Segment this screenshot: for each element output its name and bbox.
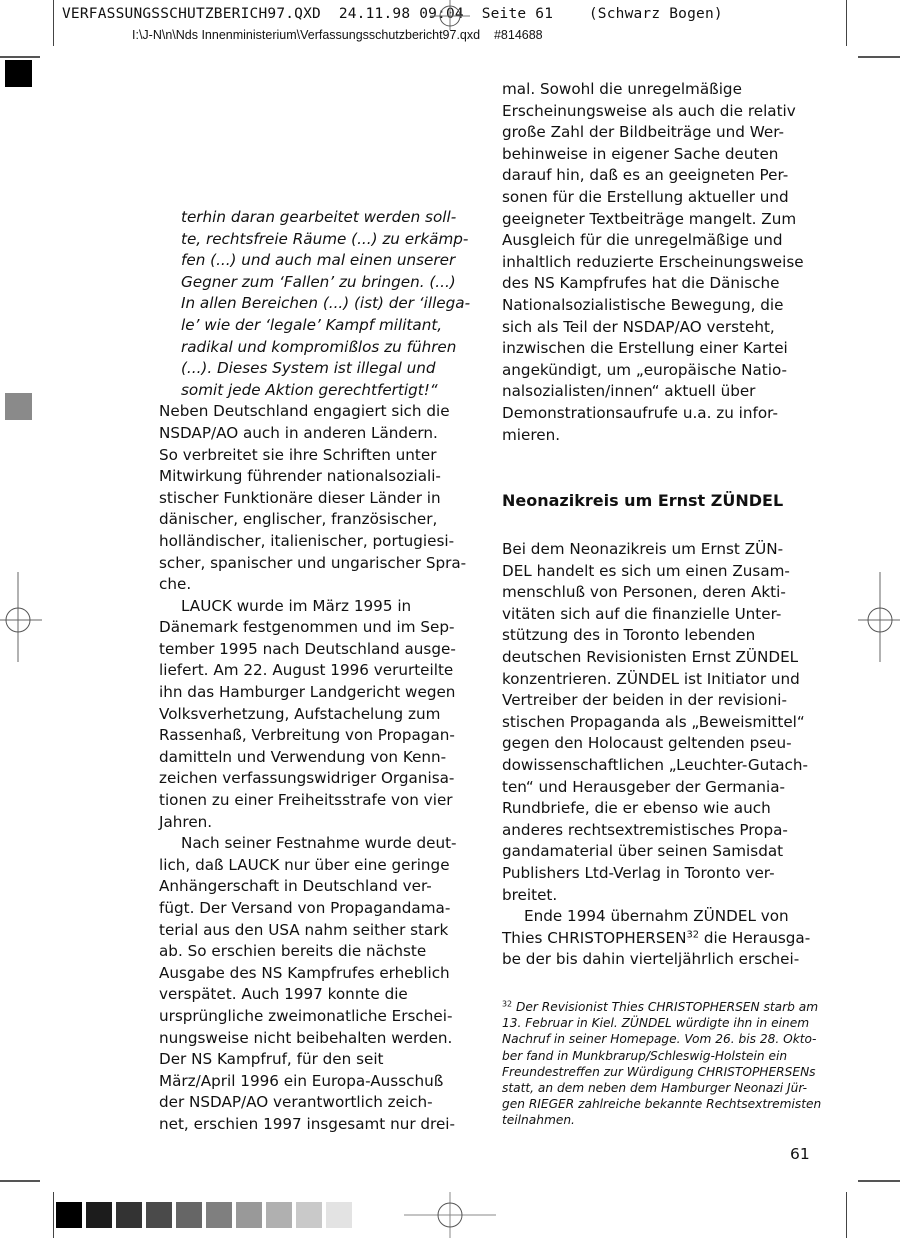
quote-line: le’ wie der ‘legale’ Kampf militant, xyxy=(181,315,469,337)
crop-mark-bottom-right-vertical xyxy=(846,1192,847,1238)
text-line: Rundbriefe, die er ebenso wie auch xyxy=(502,798,812,820)
text-fragment: die Herausga- xyxy=(699,929,810,947)
text-line: Mitwirkung führender nationalsoziali- xyxy=(159,466,469,488)
text-line: Anhängerschaft in Deutschland ver- xyxy=(159,876,469,898)
text-line: dänischer, englischer, französischer, xyxy=(159,509,469,531)
text-line: mal. Sowohl die unregelmäßige xyxy=(502,79,812,101)
swatch-9 xyxy=(326,1202,352,1228)
right-column: mal. Sowohl die unregelmäßige Erscheinun… xyxy=(502,79,812,971)
slug-path-line: I:\J-N\n\Nds Innenministerium\Verfassung… xyxy=(132,28,543,42)
text-line: Der NS Kampfruf, für den seit xyxy=(159,1049,469,1071)
text-line: So verbreitet sie ihre Schriften unter xyxy=(159,445,469,467)
text-line: menschluß von Personen, deren Akti- xyxy=(502,582,812,604)
text-line: terial aus den USA nahm seither stark xyxy=(159,920,469,942)
text-line: Nationalsozialistische Bewegung, die xyxy=(502,295,812,317)
text-line: darauf hin, daß es an geeigneten Per- xyxy=(502,165,812,187)
text-line: der NSDAP/AO verantwortlich zeich- xyxy=(159,1092,469,1114)
quote-line: terhin daran gearbeitet werden soll- xyxy=(181,207,469,229)
text-line: ab. So erschien bereits die nächste xyxy=(159,941,469,963)
text-line: Neben Deutschland engagiert sich die xyxy=(159,401,469,423)
text-line: Dänemark festgenommen und im Sep- xyxy=(159,617,469,639)
footnote-line: 13. Februar in Kiel. ZÜNDEL würdigte ihn… xyxy=(502,1015,812,1031)
text-line: geeigneter Textbeiträge mangelt. Zum xyxy=(502,209,812,231)
crop-mark-top-right-vertical xyxy=(846,0,847,46)
text-fragment: Der Revisionist Thies CHRISTOPHERSEN sta… xyxy=(512,1000,818,1014)
text-line: dowissenschaftlichen „Leuchter-Gutach- xyxy=(502,755,812,777)
text-line: breitet. xyxy=(502,885,812,907)
text-line: stischer Funktionäre dieser Länder in xyxy=(159,488,469,510)
swatch-2 xyxy=(116,1202,142,1228)
text-line: mieren. xyxy=(502,425,812,447)
text-line: nungsweise nicht beibehalten werden. xyxy=(159,1028,469,1050)
slug-filename-line: VERFASSUNGSSCHUTZBERICH97.QXD 24.11.98 0… xyxy=(62,6,723,22)
quote-line: In allen Bereichen (...) (ist) der ‘ille… xyxy=(181,293,469,315)
footnote-line: statt, an dem neben dem Hamburger Neonaz… xyxy=(502,1080,812,1096)
footnote-line: teilnahmen. xyxy=(502,1112,812,1128)
text-line: NSDAP/AO auch in anderen Ländern. xyxy=(159,423,469,445)
text-line: ten“ und Herausgeber der Germania- xyxy=(502,777,812,799)
text-line: Demonstrationsaufrufe u.a. zu infor- xyxy=(502,403,812,425)
footnote-line: ber fand in Munkbrarup/Schleswig-Holstei… xyxy=(502,1048,812,1064)
footnote-reference-link[interactable]: 32 xyxy=(686,929,699,940)
crop-mark-bottom-right-horizontal xyxy=(858,1180,900,1182)
crop-mark-bottom-left-horizontal xyxy=(0,1180,40,1182)
page-number: 61 xyxy=(790,1145,810,1163)
text-line: Jahren. xyxy=(159,812,469,834)
text-line: lich, daß LAUCK nur über eine geringe xyxy=(159,855,469,877)
paragraph-zuendel-intro: Bei dem Neonazikreis um Ernst ZÜN- DEL h… xyxy=(502,539,812,906)
text-line: LAUCK wurde im März 1995 in xyxy=(159,596,469,618)
text-line: DEL handelt es sich um einen Zusam- xyxy=(502,561,812,583)
footnote-line: gen RIEGER zahlreiche bekannte Rechtsext… xyxy=(502,1096,812,1112)
quote-line: te, rechtsfreie Räume (...) zu erkämp- xyxy=(181,229,469,251)
text-line: große Zahl der Bildbeiträge und Wer- xyxy=(502,122,812,144)
grayscale-swatch-strip xyxy=(56,1202,352,1228)
footnote-marker: 32 xyxy=(502,1000,512,1009)
text-line-with-footnote-ref: Thies CHRISTOPHERSEN32 die Herausga- xyxy=(502,928,812,950)
block-quote: terhin daran gearbeitet werden soll- te,… xyxy=(159,207,469,401)
paragraph-zuendel-1994: Ende 1994 übernahm ZÜNDEL von Thies CHRI… xyxy=(502,906,812,971)
paragraph-ns-kampfruf: mal. Sowohl die unregelmäßige Erscheinun… xyxy=(502,79,812,446)
swatch-6 xyxy=(236,1202,262,1228)
text-line: zeichen verfassungswidriger Organisa- xyxy=(159,768,469,790)
text-line: gegen den Holocaust geltenden pseu- xyxy=(502,733,812,755)
text-line: anderes rechtsextremistisches Propa- xyxy=(502,820,812,842)
text-line: gandamaterial über seinen Samisdat xyxy=(502,841,812,863)
text-line: Vertreiber der beiden in der revisioni- xyxy=(502,690,812,712)
footnote-line: Freundestreffen zur Würdigung CHRISTOPHE… xyxy=(502,1064,812,1080)
swatch-0 xyxy=(56,1202,82,1228)
swatch-8 xyxy=(296,1202,322,1228)
crop-mark-top-left-horizontal xyxy=(0,56,40,58)
registration-mark-bottom-icon xyxy=(404,1192,496,1238)
registration-mark-left-icon xyxy=(0,572,42,662)
quote-line: somit jede Aktion gerechtfertigt!“ xyxy=(181,380,469,402)
text-line: ihn das Hamburger Landgericht wegen xyxy=(159,682,469,704)
text-line: vitäten sich auf die finanzielle Unter- xyxy=(502,604,812,626)
swatch-7 xyxy=(266,1202,292,1228)
text-line: tember 1995 nach Deutschland ausge- xyxy=(159,639,469,661)
text-line: scher, spanischer und ungarischer Spra- xyxy=(159,553,469,575)
crop-mark-bottom-left-vertical xyxy=(53,1192,54,1238)
text-line: net, erschien 1997 insgesamt nur drei- xyxy=(159,1114,469,1136)
paragraph-foreign-activity: Neben Deutschland engagiert sich die NSD… xyxy=(159,401,469,595)
text-line: Ende 1994 übernahm ZÜNDEL von xyxy=(502,906,812,928)
text-line: Ausgleich für die unregelmäßige und xyxy=(502,230,812,252)
text-line: stützung des in Toronto lebenden xyxy=(502,625,812,647)
crop-mark-top-left-vertical xyxy=(53,0,54,46)
text-line: behinweise in eigener Sache deuten xyxy=(502,144,812,166)
text-line: Nach seiner Festnahme wurde deut- xyxy=(159,833,469,855)
gray-color-block xyxy=(5,393,32,420)
footnote-32: 32 Der Revisionist Thies CHRISTOPHERSEN … xyxy=(502,999,812,1129)
text-line: holländischer, italienischer, portugiesi… xyxy=(159,531,469,553)
registration-mark-right-icon xyxy=(858,572,900,662)
paragraph-after-arrest: Nach seiner Festnahme wurde deut- lich, … xyxy=(159,833,469,1135)
text-line: be der bis dahin vierteljährlich erschei… xyxy=(502,949,812,971)
swatch-5 xyxy=(206,1202,232,1228)
text-line: stischen Propaganda als „Beweismittel“ xyxy=(502,712,812,734)
text-line: konzentrieren. ZÜNDEL ist Initiator und xyxy=(502,669,812,691)
registration-mark-top-icon xyxy=(420,0,480,30)
text-line: damitteln und Verwendung von Kenn- xyxy=(159,747,469,769)
text-line: nalsozialisten/innen“ aktuell über xyxy=(502,381,812,403)
section-heading: Neonazikreis um Ernst ZÜNDEL xyxy=(502,490,812,512)
text-line: Publishers Ltd-Verlag in Toronto ver- xyxy=(502,863,812,885)
quote-line: radikal und kompromißlos zu führen xyxy=(181,337,469,359)
text-line: sich als Teil der NSDAP/AO versteht, xyxy=(502,317,812,339)
swatch-1 xyxy=(86,1202,112,1228)
swatch-3 xyxy=(146,1202,172,1228)
text-line: fügt. Der Versand von Propagandama- xyxy=(159,898,469,920)
text-line: tionen zu einer Freiheitsstrafe von vier xyxy=(159,790,469,812)
text-line: ursprüngliche zweimonatliche Erschei- xyxy=(159,1006,469,1028)
text-line: Bei dem Neonazikreis um Ernst ZÜN- xyxy=(502,539,812,561)
quote-line: Gegner zum ‘Fallen’ zu bringen. (...) xyxy=(181,272,469,294)
text-line: deutschen Revisionisten Ernst ZÜNDEL xyxy=(502,647,812,669)
text-line: des NS Kampfrufes hat die Dänische xyxy=(502,273,812,295)
text-line: Rassenhaß, Verbreitung von Propagan- xyxy=(159,725,469,747)
text-line: che. xyxy=(159,574,469,596)
paragraph-lauck-arrest: LAUCK wurde im März 1995 in Dänemark fes… xyxy=(159,596,469,834)
text-line: inhaltlich reduzierte Erscheinungsweise xyxy=(502,252,812,274)
footnote-line: 32 Der Revisionist Thies CHRISTOPHERSEN … xyxy=(502,999,812,1015)
text-line: März/April 1996 ein Europa-Ausschuß xyxy=(159,1071,469,1093)
text-line: Volksverhetzung, Aufstachelung zum xyxy=(159,704,469,726)
text-line: verspätet. Auch 1997 konnte die xyxy=(159,984,469,1006)
text-line: Erscheinungsweise als auch die relativ xyxy=(502,101,812,123)
quote-line: (...). Dieses System ist illegal und xyxy=(181,358,469,380)
text-fragment: Thies CHRISTOPHERSEN xyxy=(502,929,686,947)
text-line: angekündigt, um „europäische Natio- xyxy=(502,360,812,382)
text-line: inzwischen die Erstellung einer Kartei xyxy=(502,338,812,360)
text-line: sonen für die Erstellung aktueller und xyxy=(502,187,812,209)
quote-line: fen (...) und auch mal einen unserer xyxy=(181,250,469,272)
text-line: Ausgabe des NS Kampfrufes erheblich xyxy=(159,963,469,985)
crop-mark-top-right-horizontal xyxy=(858,56,900,58)
footnote-line: Nachruf in seiner Homepage. Vom 26. bis … xyxy=(502,1031,812,1047)
text-line: liefert. Am 22. August 1996 verurteilte xyxy=(159,660,469,682)
swatch-4 xyxy=(176,1202,202,1228)
left-column: terhin daran gearbeitet werden soll- te,… xyxy=(159,207,469,1136)
black-color-block xyxy=(5,60,32,87)
